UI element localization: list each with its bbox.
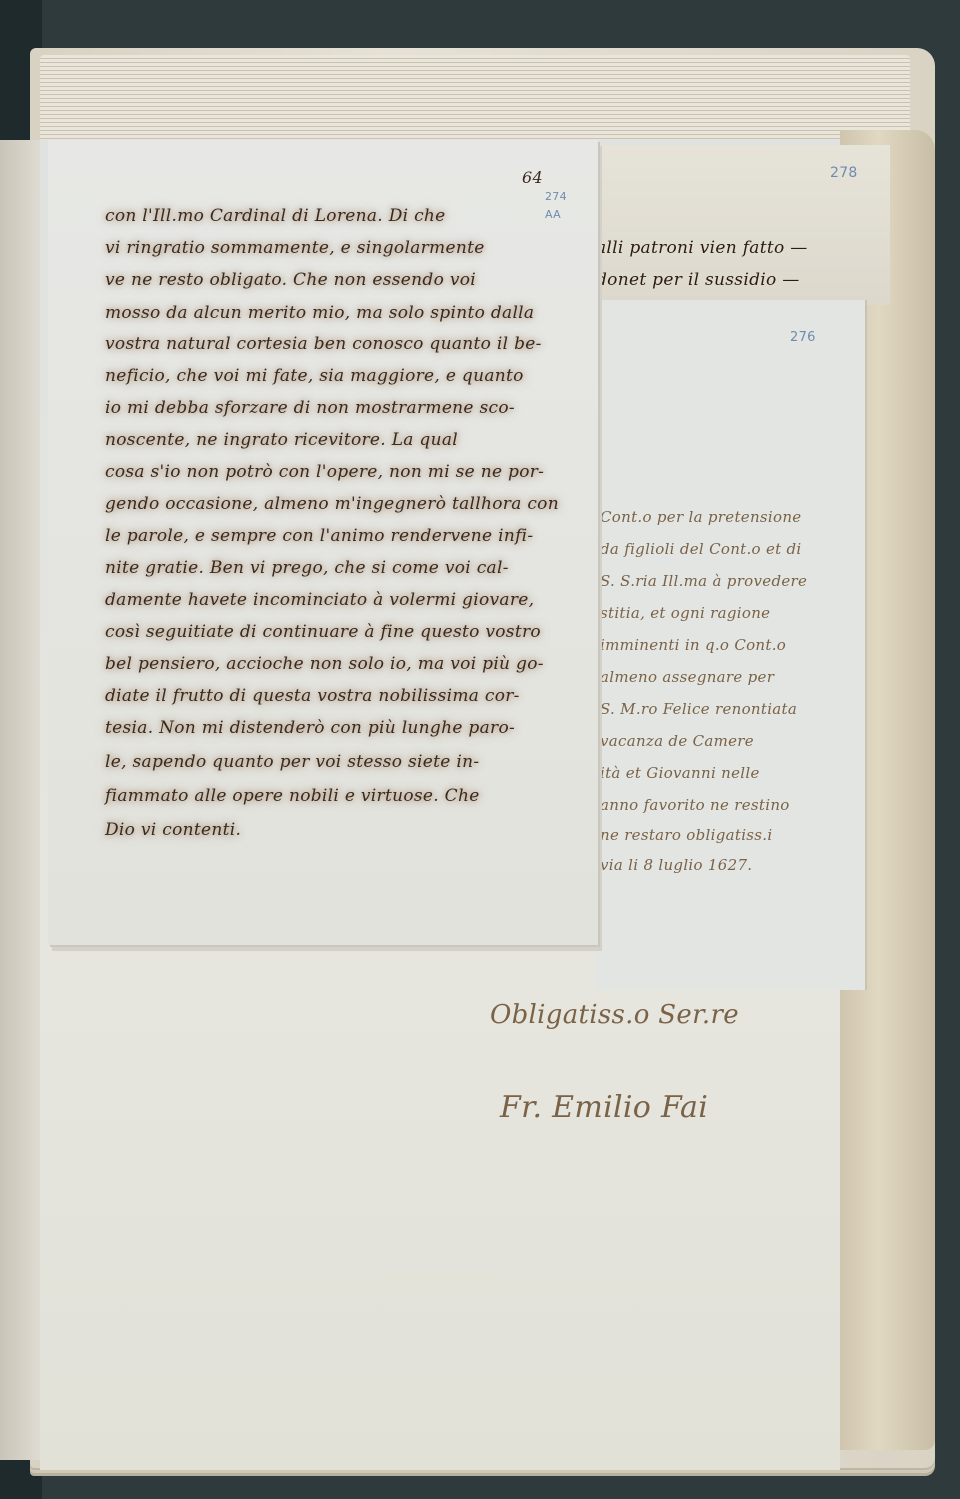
letter-line-12: nite gratie. Ben vi prego, che si come v… <box>105 558 509 578</box>
pencil-folio-back: 278 <box>830 165 858 181</box>
right-letter-line-5: imminenti in q.o Cont.o <box>600 636 786 654</box>
right-letter-line-3: S. S.ria Ill.ma à provedere <box>600 572 807 590</box>
letter-line-15: bel pensiero, accioche non solo io, ma v… <box>105 654 544 674</box>
letter-line-17: tesia. Non mi distenderò con più lunghe … <box>105 718 515 738</box>
letter-line-9: cosa s'io non potrò con l'opere, non mi … <box>105 462 544 482</box>
pencil-folio-inner: 276 <box>790 330 816 345</box>
letter-line-11: le parole, e sempre con l'animo renderve… <box>105 526 533 546</box>
letter-line-2: vi ringratio sommamente, e singolarmente <box>105 238 485 258</box>
folio-number: 64 <box>522 168 543 187</box>
right-letter-line-2: da figlioli del Cont.o et di <box>600 540 802 558</box>
right-letter-line-9: ità et Giovanni nelle <box>600 764 760 782</box>
letter-line-1: con l'Ill.mo Cardinal di Lorena. Di che <box>105 206 446 226</box>
letter-line-8: noscente, ne ingrato ricevitore. La qual <box>105 430 458 450</box>
pencil-folio-main-2: AA <box>545 208 561 221</box>
pencil-folio-main-1: 274 <box>545 190 567 203</box>
letter-line-3: ve ne resto obligato. Che non essendo vo… <box>105 270 476 290</box>
signature-closing: Obligatiss.o Ser.re <box>490 1000 739 1030</box>
letter-line-6: neficio, che voi mi fate, sia maggiore, … <box>105 366 524 386</box>
letter-line-5: vostra natural cortesia ben conosco quan… <box>105 334 542 354</box>
letter-line-18: le, sapendo quanto per voi stesso siete … <box>105 752 479 772</box>
right-letter-line-8: vacanza de Camere <box>600 732 754 750</box>
right-letter-line-4: stitia, et ogni ragione <box>600 604 770 622</box>
right-letter-line-6: almeno assegnare per <box>600 668 774 686</box>
right-letter-line-11: ne restaro obligatiss.i <box>600 826 772 844</box>
right-letter-line-1: Cont.o per la pretensione <box>600 508 801 526</box>
letter-line-4: mosso da alcun merito mio, ma solo spint… <box>105 303 534 323</box>
letter-line-14: così seguitiate di continuare à fine que… <box>105 622 541 642</box>
letter-line-19: fiammato alle opere nobili e virtuose. C… <box>105 786 480 806</box>
right-letter-line-12: via li 8 luglio 1627. <box>600 856 752 874</box>
letter-line-10: gendo occasione, almeno m'ingegnerò tall… <box>105 494 559 514</box>
letter-line-20: Dio vi contenti. <box>105 820 241 840</box>
letter-line-13: damente havete incominciato à volermi gi… <box>105 590 534 610</box>
signature-name: Fr. Emilio Fai <box>500 1090 708 1125</box>
back-letter-line-1: alli patroni vien fatto — <box>596 238 808 258</box>
letter-line-7: io mi debba sforzare di non mostrarmene … <box>105 398 515 418</box>
letter-line-16: diate il frutto di questa vostra nobilis… <box>105 686 520 706</box>
back-letter-line-2: donet per il sussidio — <box>596 270 800 290</box>
page-stack-edges <box>40 55 910 145</box>
right-letter-line-7: S. M.ro Felice renontiata <box>600 700 797 718</box>
right-letter-line-10: anno favorito ne restino <box>600 796 790 814</box>
